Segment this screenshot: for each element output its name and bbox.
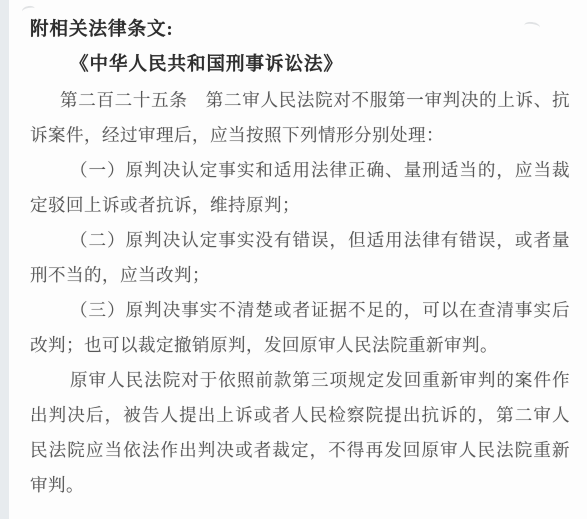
item-three-line-1: （三）原判决事实不清楚或者证据不足的，可以在查清事实后 [30,293,570,328]
law-title: 《中华人民共和国刑事诉讼法》 [30,48,570,83]
item-two-line-2: 刑不当的，应当改判； [30,258,570,293]
final-paragraph-line-1: 原审人民法院对于依照前款第三项规定发回重新审判的案件作 [30,363,570,398]
item-two-line-1: （二）原判决认定事实没有错误，但适用法律有错误，或者量 [30,223,570,258]
legal-text-block: 附相关法律条文: 《中华人民共和国刑事诉讼法》 第二百二十五条 第二审人民法院对… [30,13,570,503]
final-paragraph-line-4: 审判。 [30,468,570,503]
final-paragraph-line-3: 民法院应当依法作出判决或者裁定，不得再发回原审人民法院重新 [30,433,570,468]
scanned-document-page: 附相关法律条文: 《中华人民共和国刑事诉讼法》 第二百二十五条 第二审人民法院对… [0,0,587,519]
item-one-line-1: （一）原判决认定事实和适用法律正确、量刑适当的，应当裁 [30,153,570,188]
article-line-1: 第二百二十五条 第二审人民法院对不服第一审判决的上诉、抗 [30,83,570,118]
article-line-2: 诉案件，经过审理后，应当按照下列情形分别处理： [30,118,570,153]
attachment-heading: 附相关法律条文: [30,13,570,48]
item-three-line-2: 改判；也可以裁定撤销原判，发回原审人民法院重新审判。 [30,328,570,363]
item-one-line-2: 定驳回上诉或者抗诉，维持原判； [30,188,570,223]
scan-edge-strip [0,0,9,519]
final-paragraph-line-2: 出判决后，被告人提出上诉或者人民检察院提出抗诉的，第二审人 [30,398,570,433]
